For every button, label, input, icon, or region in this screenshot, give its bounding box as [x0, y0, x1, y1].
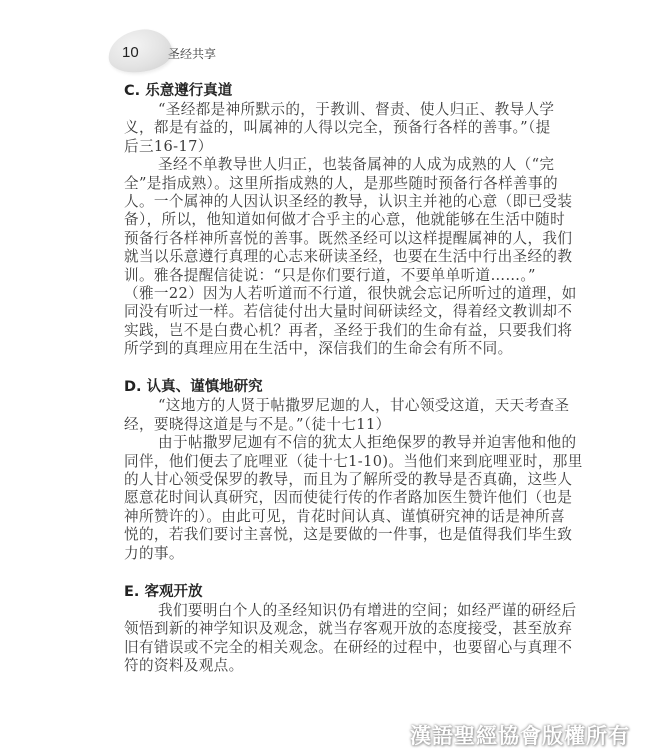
- paragraph-line: 悦的，若我们要讨主喜悦，这是要做的一件事，也是值得我们毕生致: [124, 526, 504, 544]
- paragraph-line: 经，要晓得这道是与不是。”（徒十七11）: [124, 416, 504, 434]
- paragraph-line: 力的事。: [124, 545, 504, 563]
- page-header: 10 圣经共享: [108, 30, 308, 74]
- copyright-watermark: 漢語聖經協會版權所有: [410, 720, 630, 750]
- paragraph-line: 的人甘心领受保罗的教导，而且为了解所受的教导是否真确，这些人: [124, 471, 504, 489]
- paragraph-line: 就当以乐意遵行真理的心志来研读圣经，也要在生活中行出圣经的教: [124, 248, 504, 266]
- page-content: C. 乐意遵行真道 “圣经都是神所默示的，于教训、督责、使人归正、教导人学 义，…: [124, 82, 504, 676]
- paragraph-line: 实践，岂不是白费心机？再者，圣经于我们的生命有益，只要我们将: [124, 322, 504, 340]
- paragraph-line: 人。一个属神的人因认识圣经的教导，认识主并祂的心意（即已受装: [124, 193, 504, 211]
- paragraph-line: 训。雅各提醒信徒说：“只是你们要行道，不要单单听道……。”: [124, 267, 504, 285]
- section-d: D. 认真、谨慎地研究 “这地方的人贤于帖撒罗尼迦的人，甘心领受这道，天天考查圣…: [124, 378, 504, 563]
- section-c: C. 乐意遵行真道 “圣经都是神所默示的，于教训、督责、使人归正、教导人学 义，…: [124, 82, 504, 358]
- paragraph-line: 同伴，他们便去了庇哩亚（徒十七1-10)。当他们来到庇哩亚时，那里: [124, 453, 504, 471]
- page-number: 10: [122, 44, 139, 61]
- paragraph-line: （雅一22）因为人若听道而不行道，很快就会忘记所听过的道理，如: [124, 285, 504, 303]
- paragraph-line: 由于帖撒罗尼迦有不信的犹太人拒绝保罗的教导并迫害他和他的: [124, 434, 504, 452]
- section-spacer: [124, 563, 504, 583]
- paragraph-line: 愿意花时间认真研究，因而使徒行传的作者路加医生赞许他们（也是: [124, 489, 504, 507]
- section-spacer: [124, 358, 504, 378]
- paragraph-line: 备），所以，他知道如何做才合乎主的心意，他就能够在生活中随时: [124, 211, 504, 229]
- running-title: 圣经共享: [168, 45, 216, 62]
- paragraph-line: 圣经不单教导世人归正，也装备属神的人成为成熟的人（“完: [124, 156, 504, 174]
- section-heading: E. 客观开放: [124, 583, 504, 602]
- paragraph-line: 旧有错误或不完全的相关观念。在研经的过程中，也要留心与真理不: [124, 639, 504, 657]
- paragraph-line: 神所赞许的）。由此可见，肯花时间认真、谨慎研究神的话是神所喜: [124, 508, 504, 526]
- pebble-ornament-icon: [105, 26, 174, 76]
- section-e: E. 客观开放 我们要明白个人的圣经知识仍有增进的空间；如经严谨的研经后 领悟到…: [124, 583, 504, 676]
- paragraph-line: 同没有听过一样。若信徒付出大量时间研读经文，得着经文教训却不: [124, 303, 504, 321]
- paragraph-line: “圣经都是神所默示的，于教训、督责、使人归正、教导人学: [124, 101, 504, 119]
- section-heading: D. 认真、谨慎地研究: [124, 378, 504, 397]
- paragraph-line: “这地方的人贤于帖撒罗尼迦的人，甘心领受这道，天天考查圣: [124, 397, 504, 415]
- section-heading: C. 乐意遵行真道: [124, 82, 504, 101]
- paragraph-line: 我们要明白个人的圣经知识仍有增进的空间；如经严谨的研经后: [124, 602, 504, 620]
- paragraph-line: 所学到的真理应用在生活中，深信我们的生命会有所不同。: [124, 340, 504, 358]
- paragraph-line: 符的资料及观点。: [124, 657, 504, 675]
- paragraph-line: 全”是指成熟）。这里所指成熟的人，是那些随时预备行各样善事的: [124, 175, 504, 193]
- paragraph-line: 领悟到新的神学知识及观念，就当存客观开放的态度接受，甚至放弃: [124, 620, 504, 638]
- paragraph-line: 预备行各样神所喜悦的善事。既然圣经可以这样提醒属神的人，我们: [124, 230, 504, 248]
- paragraph-line: 义，都是有益的，叫属神的人得以完全，预备行各样的善事。”（提: [124, 119, 504, 137]
- paragraph-line: 后三16-17）: [124, 138, 504, 156]
